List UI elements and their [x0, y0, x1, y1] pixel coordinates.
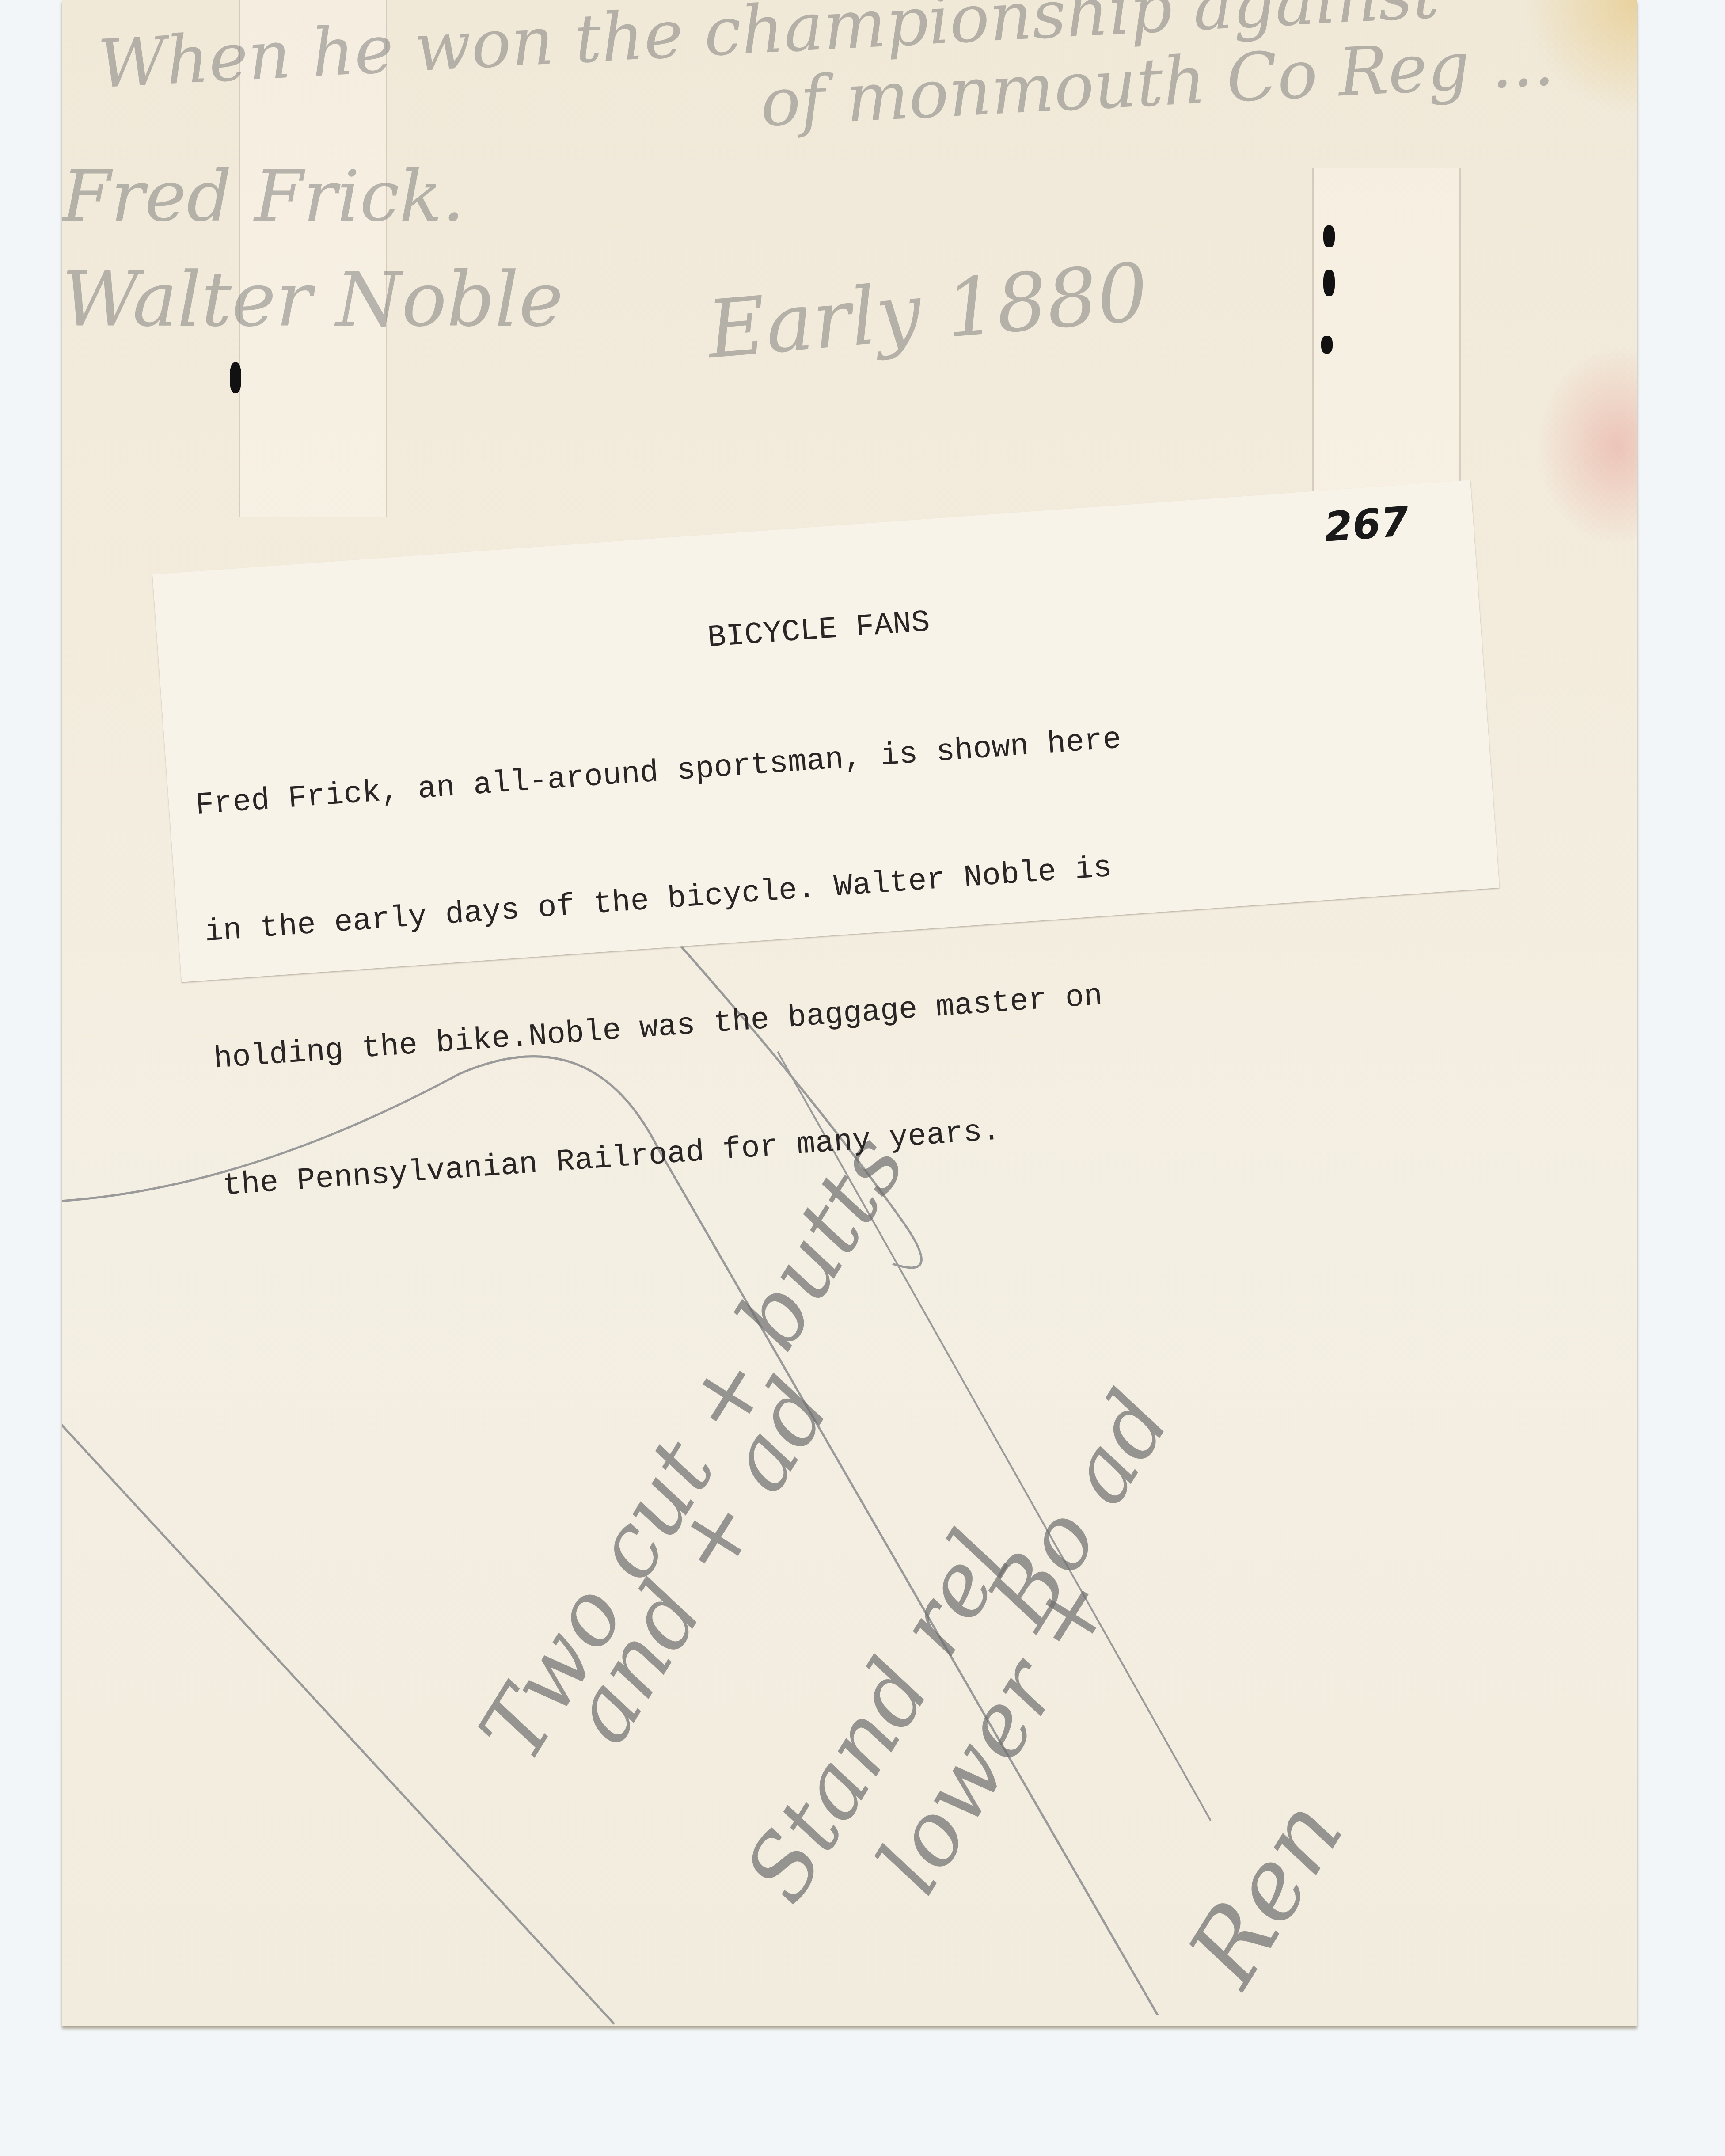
- caption-body: Fred Frick, an all-around sportsman, is …: [188, 609, 1509, 1293]
- photo-card-back: When he won the championship against of …: [62, 0, 1637, 2026]
- caption-line: holding the bike.Noble was the baggage m…: [212, 947, 1493, 1081]
- caption-line: the Pennsylvanian Railroad for many year…: [221, 1074, 1502, 1208]
- caption-line: Fred Frick, an all-around sportsman, is …: [194, 693, 1475, 827]
- caption-line: in the early days of the bicycle. Walter…: [203, 820, 1484, 954]
- catalog-number: 267: [1322, 498, 1410, 551]
